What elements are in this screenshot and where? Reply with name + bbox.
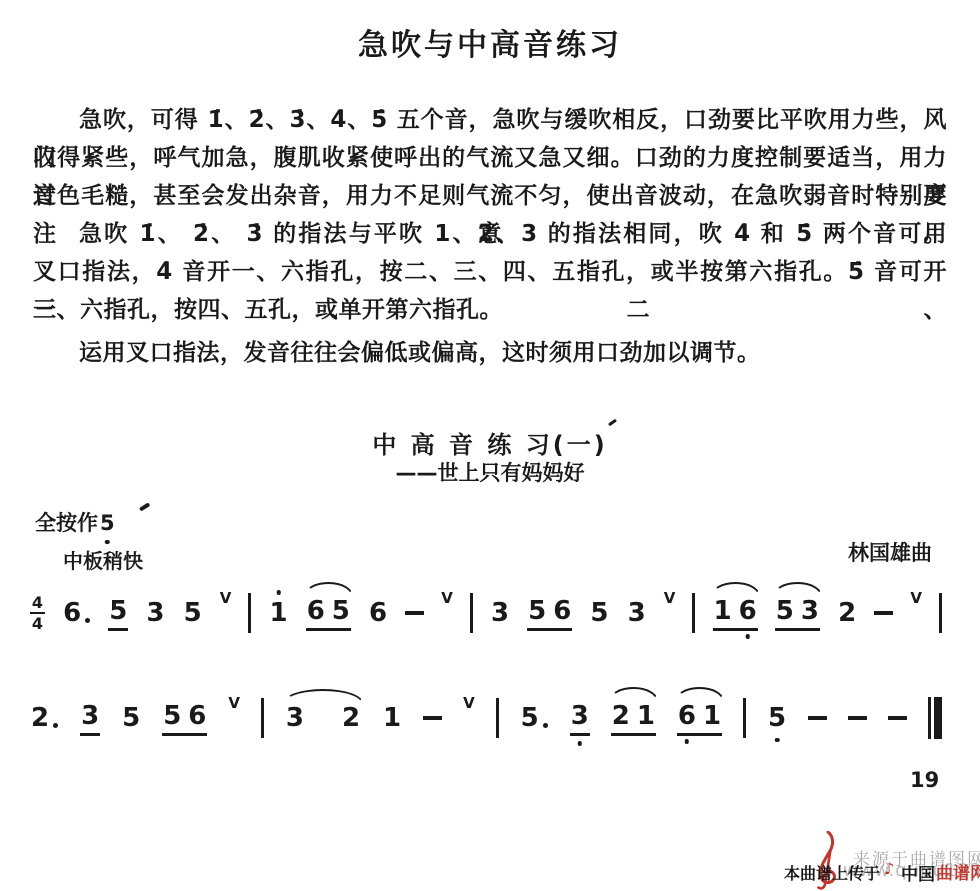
augmentation-dot [85,618,90,623]
barline [743,698,746,738]
tempo-marking: 中板稍快 [63,545,143,574]
jianpu-note: 3 [800,596,820,626]
jianpu-note: 1 [269,598,289,628]
duration-dash [808,716,827,720]
instruction-line: 急吹 1̇、 2̇、 3̇ 的指法与平吹 1、2、3 的指法相同，吹 4̇ 和 … [33,215,947,253]
duration-dash [888,716,907,720]
breath-mark: V [441,589,453,607]
duration-dash [848,716,867,720]
note-digit: 3 [801,596,819,626]
beam-group: 61 [677,701,722,736]
note-digit: 5 [122,703,140,733]
beam-group: 56 [162,701,207,736]
augmentation-dot [543,723,548,728]
jianpu-staff-line-1: 446535V1656V35653V16532V [30,583,942,643]
page-number: 19 [910,768,939,792]
low-octave-dot [685,739,690,744]
low-octave-dot [745,634,750,639]
instruction-line: 运用叉口指法，发音往往会偏低或偏高，这时须用口劲加以调节。 [33,334,947,372]
jianpu-note: 6 [306,596,326,626]
barline [248,593,251,633]
note-digit: 6 [553,596,571,626]
note-digit: 5 [332,596,350,626]
breath-mark: V [910,589,922,607]
site-logo-icon: ♪ [884,859,894,878]
note-digit: 1 [703,701,721,731]
note-digit: 5 [528,596,546,626]
slur [675,687,724,701]
augmentation-dot [53,723,58,728]
instruction-line: 收得紧些，呼气加急，腹肌收紧使呼出的气流又急又细。口劲的力度控制要适当，用力过度 [33,139,947,177]
duration-dash [874,611,893,615]
jianpu-note: 3 [627,598,647,628]
beam-group: 16 [713,596,758,631]
jianpu-note: 6 [738,596,758,626]
high-octave-dot [276,590,281,595]
jianpu-note: 2 [837,598,857,628]
jianpu-note: 3 [570,701,590,736]
jianpu-staff-line-2: 23556V321V5321615 [30,688,942,748]
jianpu-note: 2 [341,703,361,733]
note-digit: 3 [628,598,646,628]
tuning-text: 全按作 [35,511,98,535]
scanned-score-page: 急吹与中高音练习 急吹，可得 1̇、2̇、3̇、4̇、5̇ 五个音，急吹与缓吹相… [0,0,980,891]
composer-credit: 林国雄曲 [848,537,932,567]
time-signature: 44 [30,595,45,631]
jianpu-note: 5 [162,701,182,731]
low-octave-dot [105,540,110,545]
low-octave-dot [577,741,582,746]
jianpu-note: 2 [611,701,631,731]
jianpu-note: 5 [121,703,141,733]
note-digit: 3 [571,701,589,731]
beam-group: 32 [285,703,361,733]
barline [939,593,942,633]
jianpu-note: 5 [775,596,795,626]
instruction-text: 急吹，可得 1̇、2̇、3̇、4̇、5̇ 五个音，急吹与缓吹相反，口劲要比平吹用… [33,101,947,372]
jianpu-note: 6 [187,701,207,731]
note-digit: 6 [63,598,81,628]
jianpu-note: 3 [145,598,165,628]
final-barline-thick [934,697,942,739]
note-digit: 2 [31,703,49,733]
jianpu-note: 6 [552,596,572,626]
note-digit: 1 [637,701,655,731]
print-artifact [139,502,150,511]
slur [711,582,760,596]
song-subtitle: ——世上只有妈妈好 [0,457,980,487]
jianpu-note: 3 [285,703,305,733]
note-digit: 2 [342,703,360,733]
note-digit: 5 [776,596,794,626]
note-digit: 6 [307,596,325,626]
breath-mark: V [664,589,676,607]
jianpu-note: 5 [108,596,128,631]
note-digit: 5 [590,598,608,628]
note-digit: 1 [714,596,732,626]
barline [470,593,473,633]
note-digit: 5 [184,598,202,628]
note-digit: 1 [270,598,288,628]
page-title: 急吹与中高音练习 [0,20,980,64]
time-sig-numerator: 4 [32,595,43,610]
watermark-upload-text: 本曲谱上传于 [784,861,880,884]
jianpu-note: 6 [62,598,91,628]
tuning-indication: 全按作5 [35,507,117,537]
note-digit: 2 [612,701,630,731]
final-barline-thin [928,697,931,739]
duration-dash [405,611,424,615]
jianpu-note: 1 [636,701,656,731]
jianpu-note: 3 [80,701,100,736]
note-digit: 3 [146,598,164,628]
jianpu-note: 5 [527,596,547,626]
slur [283,689,363,703]
beam-group: 21 [611,701,656,736]
time-sig-denominator: 4 [32,616,43,631]
note-digit: 5 [109,596,127,626]
slur [773,582,822,596]
beam-group: 53 [775,596,820,631]
jianpu-note: 2 [30,703,59,733]
jianpu-note: 5 [767,703,787,733]
jianpu-note: 3 [490,598,510,628]
jianpu-note: 1 [713,596,733,626]
note-digit: 6 [188,701,206,731]
jianpu-note: 5 [589,598,609,628]
duration-dash [423,716,442,720]
song-title: 中 高 音 练 习(一) [0,425,980,460]
jianpu-note: 1 [382,703,402,733]
instruction-line: 急吹，可得 1̇、2̇、3̇、4̇、5̇ 五个音，急吹与缓吹相反，口劲要比平吹用… [33,101,947,139]
note-digit: 5 [521,703,539,733]
note-digit: 3 [286,703,304,733]
note-digit: 2 [838,598,856,628]
jianpu-note: 1 [702,701,722,731]
barline [496,698,499,738]
instruction-line: 叉口指法，4̇ 音开一、六指孔，按二、三、四、五指孔，或半按第六指孔。5̇ 音可… [33,253,947,291]
barline [261,698,264,738]
jianpu-note: 5 [331,596,351,626]
note-digit: 5 [768,703,786,733]
jianpu-note: 6 [368,598,388,628]
breath-mark: V [228,694,240,712]
barline [692,593,695,633]
breath-mark: V [463,694,475,712]
slur [304,582,353,596]
final-barline [928,697,942,739]
watermark-site-name: 中国 [901,860,935,885]
watermark-site-name-red: 曲谱网 [936,859,980,884]
jianpu-note: 5 [183,598,203,628]
jianpu-note: 5 [520,703,549,733]
note-digit: 3 [81,701,99,731]
slur [609,687,658,701]
note-digit: 1 [383,703,401,733]
jianpu-note: 6 [677,701,697,731]
note-digit: 6 [369,598,387,628]
note-digit: 6 [739,596,757,626]
beam-group: 65 [306,596,351,631]
note-digit: 5 [163,701,181,731]
instruction-line: 音色毛糙，甚至会发出杂音，用力不足则气流不匀，使出音波动，在急吹弱音时特别要注意… [33,177,947,215]
tuning-note: 5 [98,511,117,535]
beam-group: 56 [527,596,572,631]
breath-mark: V [220,589,232,607]
low-octave-dot [775,738,780,743]
note-digit: 6 [678,701,696,731]
note-digit: 3 [491,598,509,628]
